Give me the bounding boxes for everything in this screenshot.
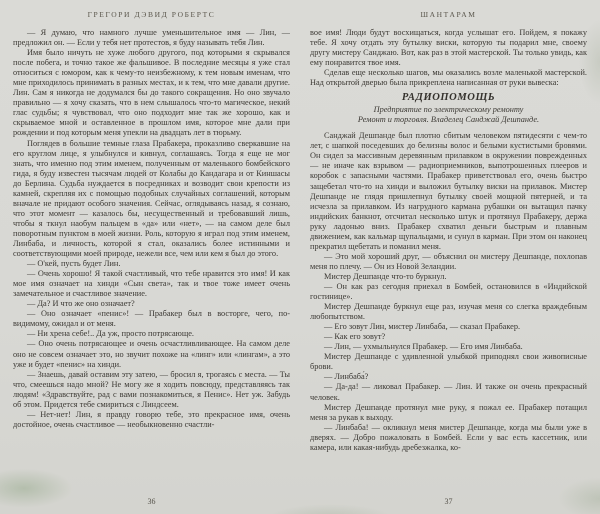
paragraph: — Да-да! — ликовал Прабакер. — Лин. И та… <box>310 382 587 402</box>
paragraph: Поглядев в большие темные глаза Прабакер… <box>13 139 290 260</box>
right-page-text: вое имя! Люди будут восхищаться, когда у… <box>310 28 587 490</box>
paragraph: — Линбаба! — окликнул меня мистер Дешпан… <box>310 423 587 453</box>
right-page-number: 37 <box>310 497 587 506</box>
paragraph: Мистер Дешпанде с удивленной улыбкой при… <box>310 352 587 372</box>
shop-sign-subtitle-2: Ремонт и торговля. Владелец Санджай Дешп… <box>310 115 587 125</box>
paragraph: — Как его зовут? <box>310 332 587 342</box>
left-page-number: 36 <box>13 497 290 506</box>
paragraph: вое имя! Люди будут восхищаться, когда у… <box>310 28 587 68</box>
paragraph: — Оно очень потрясающее и очень осчастли… <box>13 339 290 369</box>
paragraph: — Это мой хороший друг, — объяснил он ми… <box>310 252 587 272</box>
right-page-text-before-sign: вое имя! Люди будут восхищаться, когда у… <box>310 28 587 88</box>
paragraph: — Лин, — ухмыльнулся Прабакер. — Его имя… <box>310 342 587 352</box>
paragraph: — Он как раз сегодня приехал в Бомбей, о… <box>310 282 587 302</box>
shop-sign-subtitle-1: Предприятие по электрическому ремонту <box>310 105 587 115</box>
shop-sign-title: РАДИОПОМОЩЬ <box>310 92 587 104</box>
book-spread: ГРЕГОРИ ДЭВИД РОБЕРТС — Я думаю, что нам… <box>0 0 600 514</box>
left-page: ГРЕГОРИ ДЭВИД РОБЕРТС — Я думаю, что нам… <box>13 10 290 508</box>
paragraph: — Да? И что же оно означает? <box>13 299 290 309</box>
paragraph: Мистер Дешпанде что-то буркнул. <box>310 272 587 282</box>
paragraph: Санджай Дешпанде был плотно сбитым челов… <box>310 131 587 252</box>
paragraph: — Ни хрена себе!.. Да уж, просто потряса… <box>13 329 290 339</box>
paragraph: — Я думаю, что намного лучше уменьшитель… <box>13 28 290 48</box>
paragraph: Мистер Дешпанде буркнул еще раз, изучая … <box>310 302 587 322</box>
paragraph: — Его зовут Лин, мистер Линбаба, — сказа… <box>310 322 587 332</box>
paragraph: — Линбаба́? <box>310 372 587 382</box>
left-running-header: ГРЕГОРИ ДЭВИД РОБЕРТС <box>13 10 290 19</box>
paragraph: — Очень хорошо! Я такой счастливый, что … <box>13 269 290 299</box>
right-page: ШАНТАРАМ вое имя! Люди будут восхищаться… <box>310 10 587 508</box>
paragraph: Мистер Дешпанде протянул мне руку, я пож… <box>310 403 587 423</box>
shop-sign: РАДИОПОМОЩЬ Предприятие по электрическом… <box>310 92 587 125</box>
paragraph: — Нет-нет! Лин, я правду говорю тебе, эт… <box>13 410 290 430</box>
paragraph: Сделав еще несколько шагов, мы оказались… <box>310 68 587 88</box>
paragraph: — Оно означает «пенис»! — Прабакер был в… <box>13 309 290 329</box>
left-page-text: — Я думаю, что намного лучше уменьшитель… <box>13 28 290 490</box>
right-page-text-after-sign: Санджай Дешпанде был плотно сбитым челов… <box>310 131 587 453</box>
paragraph: Имя было ничуть не хуже любого другого, … <box>13 48 290 138</box>
paragraph: — Знаешь, давай оставим эту затею, — бро… <box>13 370 290 410</box>
right-running-header: ШАНТАРАМ <box>310 10 587 19</box>
paragraph: — О'кей, пусть будет Лин. <box>13 259 290 269</box>
